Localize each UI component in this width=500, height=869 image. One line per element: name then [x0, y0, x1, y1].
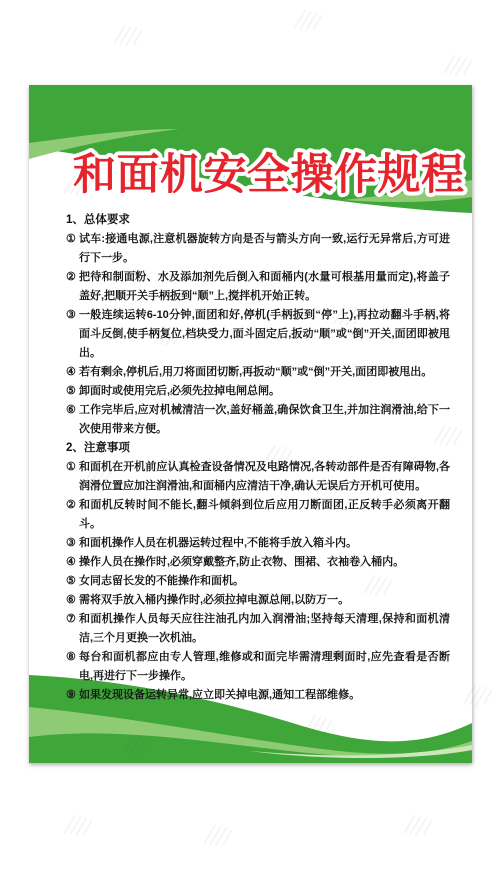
rule-item: ②和面机反转时间不能长,翻斗倾斜到位后应用刀断面团,正反转手必须离开翻斗。 — [66, 496, 450, 534]
item-number: ③ — [66, 306, 79, 363]
item-number: ② — [66, 268, 79, 306]
page: 和面机安全操作规程 1、总体要求①试车:接通电源,注意机器旋转方向是否与箭头方向… — [0, 0, 500, 869]
item-number: ② — [66, 496, 79, 534]
item-number: ⑦ — [66, 610, 79, 648]
item-text: 把待和制面粉、水及添加剂先后倒入和面桶内(水量可根基用量而定),将盖子盖好,把顺… — [79, 268, 450, 306]
poster-body: 1、总体要求①试车:接通电源,注意机器旋转方向是否与箭头方向一致,运行无异常后,… — [66, 211, 450, 705]
item-text: 若有剩余,停机后,用刀将面团切断,再扳动“顺”或“倒”开关,面团即被甩出。 — [79, 363, 450, 382]
item-text: 一般连续运转6-10分钟,面团和好,停机(手柄扳到“停”上),再拉动翻斗手柄,将… — [79, 306, 450, 363]
rule-item: ⑧每台和面机都应由专人管理,维修或和面完毕需清理剩面时,应先查看是否断电,再进行… — [66, 648, 450, 686]
poster-sheet: 和面机安全操作规程 1、总体要求①试车:接通电源,注意机器旋转方向是否与箭头方向… — [29, 85, 472, 763]
item-text: 如果发现设备运转异常,应立即关掉电源,通知工程部维修。 — [79, 686, 450, 705]
item-number: ⑥ — [66, 591, 79, 610]
rule-item: ③一般连续运转6-10分钟,面团和好,停机(手柄扳到“停”上),再拉动翻斗手柄,… — [66, 306, 450, 363]
rule-item: ④操作人员在操作时,必须穿戴整齐,防止衣物、围裙、衣袖卷入桶内。 — [66, 553, 450, 572]
item-text: 和面机反转时间不能长,翻斗倾斜到位后应用刀断面团,正反转手必须离开翻斗。 — [79, 496, 450, 534]
item-text: 和面机在开机前应认真检查设备情况及电路情况,各转动部件是否有障碍物,各润滑位置应… — [79, 458, 450, 496]
rule-item: ③和面机操作人员在机器运转过程中,不能将手放入箱斗内。 — [66, 534, 450, 553]
section-heading: 1、总体要求 — [66, 211, 450, 230]
item-text: 和面机操作人员在机器运转过程中,不能将手放入箱斗内。 — [79, 534, 450, 553]
rule-item: ⑥需将双手放入桶内操作时,必须拉掉电源总闸,以防万一。 — [66, 591, 450, 610]
item-text: 卸面时或使用完后,必须先拉掉电闸总闸。 — [79, 382, 450, 401]
item-number: ⑧ — [66, 648, 79, 686]
poster-title: 和面机安全操作规程 — [73, 151, 465, 199]
rule-item: ①和面机在开机前应认真检查设备情况及电路情况,各转动部件是否有障碍物,各润滑位置… — [66, 458, 450, 496]
item-number: ④ — [66, 553, 79, 572]
item-text: 女同志留长发的不能操作和面机。 — [79, 572, 450, 591]
item-number: ① — [66, 230, 79, 268]
section-heading: 2、注意事项 — [66, 439, 450, 458]
item-number: ④ — [66, 363, 79, 382]
item-number: ⑨ — [66, 686, 79, 705]
item-number: ⑤ — [66, 382, 79, 401]
item-text: 每台和面机都应由专人管理,维修或和面完毕需清理剩面时,应先查看是否断电,再进行下… — [79, 648, 450, 686]
item-text: 操作人员在操作时,必须穿戴整齐,防止衣物、围裙、衣袖卷入桶内。 — [79, 553, 450, 572]
item-number: ① — [66, 458, 79, 496]
item-text: 需将双手放入桶内操作时,必须拉掉电源总闸,以防万一。 — [79, 591, 450, 610]
item-text: 工作完毕后,应对机械清洁一次,盖好桶盖,确保饮食卫生,并加注润滑油,给下一次使用… — [79, 401, 450, 439]
rule-item: ⑦和面机操作人员每天应往注油孔内加入润滑油;坚持每天清理,保持和面机清洁,三个月… — [66, 610, 450, 648]
rule-item: ②把待和制面粉、水及添加剂先后倒入和面桶内(水量可根基用量而定),将盖子盖好,把… — [66, 268, 450, 306]
item-text: 试车:接通电源,注意机器旋转方向是否与箭头方向一致,运行无异常后,方可进行下一步… — [79, 230, 450, 268]
item-number: ⑥ — [66, 401, 79, 439]
rule-item: ④若有剩余,停机后,用刀将面团切断,再扳动“顺”或“倒”开关,面团即被甩出。 — [66, 363, 450, 382]
item-number: ③ — [66, 534, 79, 553]
rule-item: ⑨如果发现设备运转异常,应立即关掉电源,通知工程部维修。 — [66, 686, 450, 705]
rule-item: ⑥工作完毕后,应对机械清洁一次,盖好桶盖,确保饮食卫生,并加注润滑油,给下一次使… — [66, 401, 450, 439]
item-number: ⑤ — [66, 572, 79, 591]
rule-item: ①试车:接通电源,注意机器旋转方向是否与箭头方向一致,运行无异常后,方可进行下一… — [66, 230, 450, 268]
rule-item: ⑤女同志留长发的不能操作和面机。 — [66, 572, 450, 591]
item-text: 和面机操作人员每天应往注油孔内加入润滑油;坚持每天清理,保持和面机清洁,三个月更… — [79, 610, 450, 648]
header-wave-graphic: 和面机安全操作规程 — [29, 85, 472, 220]
rule-item: ⑤卸面时或使用完后,必须先拉掉电闸总闸。 — [66, 382, 450, 401]
